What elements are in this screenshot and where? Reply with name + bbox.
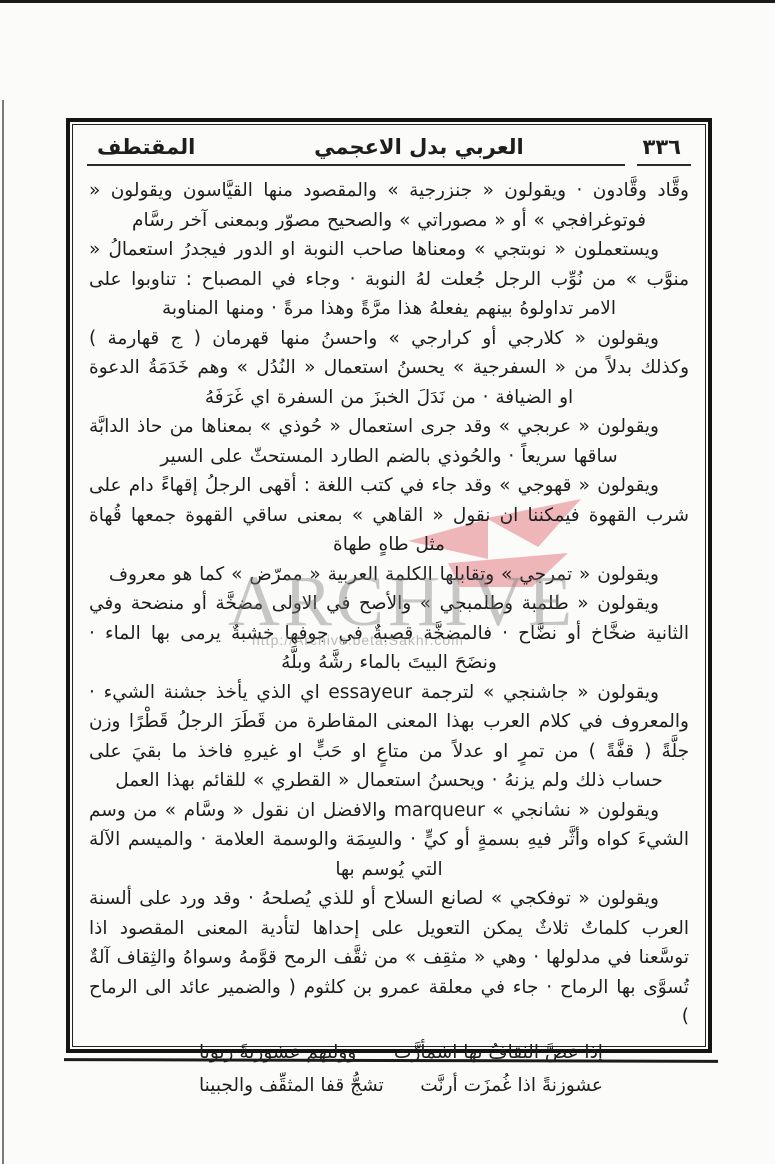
article-title: العربي بدل الاعجمي — [314, 135, 524, 159]
hemistich-left: تشجُّ قفا المثقِّف والجبينا — [199, 1069, 384, 1102]
page-number: ٣٣٦ — [643, 135, 681, 159]
hemistich-right: إذا عضَّ الثِقافُ بها اشمأزَّت — [394, 1036, 603, 1069]
hemistich-right: عشوزنةً اذا غُمزَت أرنَّت — [420, 1069, 603, 1102]
scan-edge-left — [2, 100, 4, 1164]
header-divider-segment — [87, 164, 625, 166]
scanned-page: { "doc": { "header": { "page_number": "٣… — [0, 0, 775, 1164]
magazine-name: المقتطف — [97, 135, 195, 159]
paragraph: ويقولون « قهوجي » وقد جاء في كتب اللغة :… — [89, 471, 689, 560]
paragraph: ويقولون « كلارجي أو كرارجي » واحسنُ منها… — [89, 324, 689, 413]
paragraph: ويستعملون « نوبتجي » ومعناها صاحب النوبة… — [89, 235, 689, 324]
page-frame-inner: ٣٣٦ العربي بدل الاعجمي المقتطف وقَّاد وق… — [72, 124, 706, 1047]
poetry-line: إذا عضَّ الثِقافُ بها اشمأزَّت وولتهم عش… — [199, 1036, 603, 1069]
page-header: ٣٣٦ العربي بدل الاعجمي المقتطف — [83, 131, 695, 161]
scan-edge-top — [0, 0, 775, 3]
header-divider-segment — [637, 164, 691, 166]
paragraph: وقَّاد وقَّادون · ويقولون « جنزرجية » وا… — [89, 176, 689, 235]
poetry-block: إذا عضَّ الثِقافُ بها اشمأزَّت وولتهم عش… — [199, 1036, 603, 1102]
page-frame: ٣٣٦ العربي بدل الاعجمي المقتطف وقَّاد وق… — [66, 118, 712, 1053]
paragraph: ويقولون « طلمبة وطلمبجي » والأصح في الاو… — [89, 589, 689, 678]
paragraph: ويقولون « جاشنجي » لترجمة essayeur اي ال… — [89, 678, 689, 796]
hemistich-left: وولتهم عشوزنةً زبونا — [199, 1036, 356, 1069]
article-body: وقَّاد وقَّادون · ويقولون « جنزرجية » وا… — [83, 174, 695, 1032]
header-divider — [87, 164, 691, 166]
paragraph: ويقولون « توفكجي » لصانع السلاح أو للذي … — [89, 884, 689, 1032]
paragraph: ويقولون « تمرجي » وتقابلها الكلمة العربي… — [89, 560, 689, 590]
paragraph: ويقولون « نشانجي » marqueur والافضل ان ن… — [89, 796, 689, 885]
paragraph: ويقولون « عربجي » وقد جرى استعمال « حُوذ… — [89, 412, 689, 471]
poetry-line: عشوزنةً اذا غُمزَت أرنَّت تشجُّ قفا المث… — [199, 1069, 603, 1102]
